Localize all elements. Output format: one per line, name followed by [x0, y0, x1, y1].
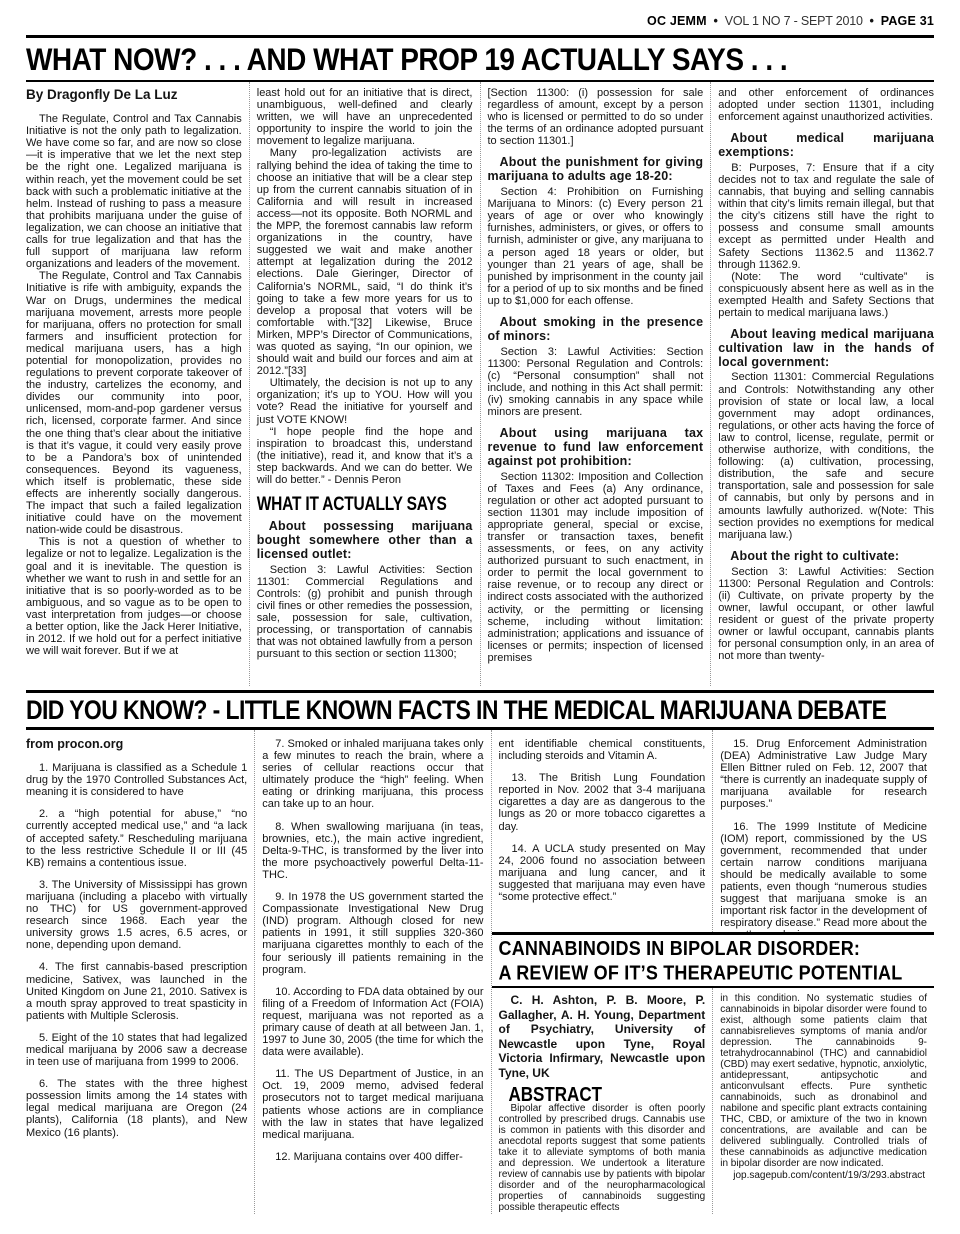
fact-item: 15. Drug Enforcement Administration (DEA…: [720, 738, 927, 811]
article-column-1: By Dragonfly De La Luz The Regulate, Con…: [26, 82, 249, 686]
section-headline-what-it-says: WHAT IT ACTUALLY SAYS: [257, 498, 473, 513]
fact-item: 6. The states with the three highest pos…: [26, 1078, 247, 1138]
abstract-heading: ABSTRACT: [499, 1088, 706, 1101]
article-column-2: least hold out for an initiative that is…: [249, 82, 480, 686]
page-number: PAGE 31: [881, 14, 934, 28]
cannabinoids-column-2: in this condition. No systematic studies…: [712, 988, 934, 1214]
facts-row: ent identifiable chemical constituents, …: [492, 730, 935, 932]
section-subhead-tax: About using marijuana tax revenue to fun…: [488, 427, 704, 468]
cannabinoids-column-1: C. H. Ashton, P. B. Moore, P. Gallagher,…: [492, 988, 713, 1214]
section-subhead-exemptions: About medical marijuana exemptions:: [718, 132, 934, 160]
cannabinoids-headline-line2: A REVIEW OF IT’S THERAPEUTIC POTENTIAL: [499, 961, 903, 984]
page-header: OC JEMM • VOL 1 NO 7 - SEPT 2010 • PAGE …: [26, 14, 934, 32]
abstract-paragraph: in this condition. No systematic studies…: [720, 993, 927, 1169]
main-headline: WHAT NOW? . . . AND WHAT PROP 19 ACTUALL…: [26, 42, 934, 78]
body-paragraph: The Regulate, Control and Tax Cannabis I…: [26, 270, 242, 536]
bullet-separator: •: [710, 14, 721, 28]
fact-item: 8. When swallowing marijuana (in teas, b…: [262, 821, 483, 881]
authors-affiliation: C. H. Ashton, P. B. Moore, P. Gallagher,…: [499, 993, 706, 1080]
article-columns: By Dragonfly De La Luz The Regulate, Con…: [26, 82, 934, 686]
section-subhead-punishment: About the punishment for giving marijuan…: [488, 156, 704, 184]
bullet-separator: •: [866, 14, 877, 28]
fact-item: 4. The first cannabis-based prescription…: [26, 961, 247, 1021]
body-paragraph: Section 3: Lawful Activities: Section 11…: [718, 566, 934, 663]
body-paragraph: The Regulate, Control and Tax Cannabis I…: [26, 113, 242, 270]
section-subhead-smoking: About smoking in the presence of minors:: [488, 316, 704, 344]
fact-item: 7. Smoked or inhaled marijuana takes onl…: [262, 738, 483, 811]
fact-item: 3. The University of Mississippi has gro…: [26, 879, 247, 952]
section-subhead-possessing: About possessing marijuana bought somewh…: [257, 520, 473, 561]
body-paragraph: and other enforcement of ordinances adop…: [718, 87, 934, 123]
body-paragraph: Many pro-legalization activists are rall…: [257, 147, 473, 377]
facts-column-3: ent identifiable chemical constituents, …: [492, 730, 713, 932]
body-paragraph: This is not a question of whether to leg…: [26, 536, 242, 657]
facts-right-half: ent identifiable chemical constituents, …: [491, 730, 935, 1214]
newspaper-page: OC JEMM • VOL 1 NO 7 - SEPT 2010 • PAGE …: [0, 0, 960, 1234]
body-paragraph: Section 3: Lawful Activities: Section 11…: [257, 564, 473, 661]
divider-rule: [26, 35, 934, 38]
issue-info: VOL 1 NO 7 - SEPT 2010: [725, 14, 863, 28]
facts-column-4: 15. Drug Enforcement Administration (DEA…: [712, 730, 934, 932]
body-paragraph: Section 11302: Imposition and Collection…: [488, 471, 704, 665]
body-paragraph: Ultimately, the decision is not up to an…: [257, 377, 473, 425]
fact-item: 2. a “high potential for abuse,” “no cur…: [26, 808, 247, 868]
fact-item: ent identifiable chemical constituents, …: [499, 738, 706, 762]
fact-item: 11. The US Department of Justice, in an …: [262, 1068, 483, 1141]
fact-item: 9. In 1978 the US government started the…: [262, 891, 483, 976]
section-subhead-cultivate: About the right to cultivate:: [718, 550, 934, 564]
divider-rule: [26, 690, 934, 693]
byline: By Dragonfly De La Luz: [26, 89, 242, 101]
fact-item: 16. The 1999 Institute of Medicine (IOM)…: [720, 821, 927, 932]
facts-columns: from procon.org 1. Marijuana is classifi…: [26, 730, 934, 1214]
publication-name: OC JEMM: [647, 14, 707, 28]
body-paragraph: Section 3: Lawful Activities: Section 11…: [488, 346, 704, 419]
body-paragraph: (Note: The word “cultivate” is conspicuo…: [718, 271, 934, 319]
cannabinoids-headline-line1: CANNABINOIDS IN BIPOLAR DISORDER:: [499, 937, 861, 960]
fact-item: 5. Eight of the 10 states that had legal…: [26, 1032, 247, 1068]
body-paragraph: Section 11301: Commercial Regulations an…: [718, 371, 934, 540]
source-credit: from procon.org: [26, 738, 247, 750]
body-paragraph: [Section 11300: (i) possession for sale …: [488, 87, 704, 147]
fact-item: 13. The British Lung Foundation reported…: [499, 772, 706, 832]
facts-column-1: from procon.org 1. Marijuana is classifi…: [26, 730, 254, 1214]
body-paragraph: least hold out for an initiative that is…: [257, 87, 473, 147]
body-paragraph: “I hope people find the hope and inspira…: [257, 426, 473, 486]
fact-item: 10. According to FDA data obtained by ou…: [262, 986, 483, 1059]
facts-column-2: 7. Smoked or inhaled marijuana takes onl…: [254, 730, 490, 1214]
facts-headline: DID YOU KNOW? - LITTLE KNOWN FACTS IN TH…: [26, 695, 934, 726]
cannabinoids-article: CANNABINOIDS IN BIPOLAR DISORDER: A REVI…: [492, 932, 935, 1214]
article-column-3: [Section 11300: (i) possession for sale …: [480, 82, 711, 686]
article-column-4: and other enforcement of ordinances adop…: [710, 82, 934, 686]
fact-item: 14. A UCLA study presented on May 24, 20…: [499, 843, 706, 903]
cannabinoids-headline: CANNABINOIDS IN BIPOLAR DISORDER: A REVI…: [492, 937, 935, 985]
cannabinoids-columns: C. H. Ashton, P. B. Moore, P. Gallagher,…: [492, 988, 935, 1214]
fact-item: 1. Marijuana is classified as a Schedule…: [26, 762, 247, 798]
fact-item: 12. Marijuana contains over 400 differ-: [262, 1151, 483, 1163]
body-paragraph: Section 4: Prohibition on Furnishing Mar…: [488, 186, 704, 307]
journal-url: jop.sagepub.com/content/19/3/293.abstrac…: [720, 1170, 927, 1181]
divider-rule: [492, 932, 935, 935]
abstract-paragraph: Bipolar affective disorder is often poor…: [499, 1103, 706, 1213]
section-subhead-local-government: About leaving medical marijuana cultivat…: [718, 328, 934, 369]
body-paragraph: B: Purposes, 7: Ensure that if a city de…: [718, 162, 934, 271]
